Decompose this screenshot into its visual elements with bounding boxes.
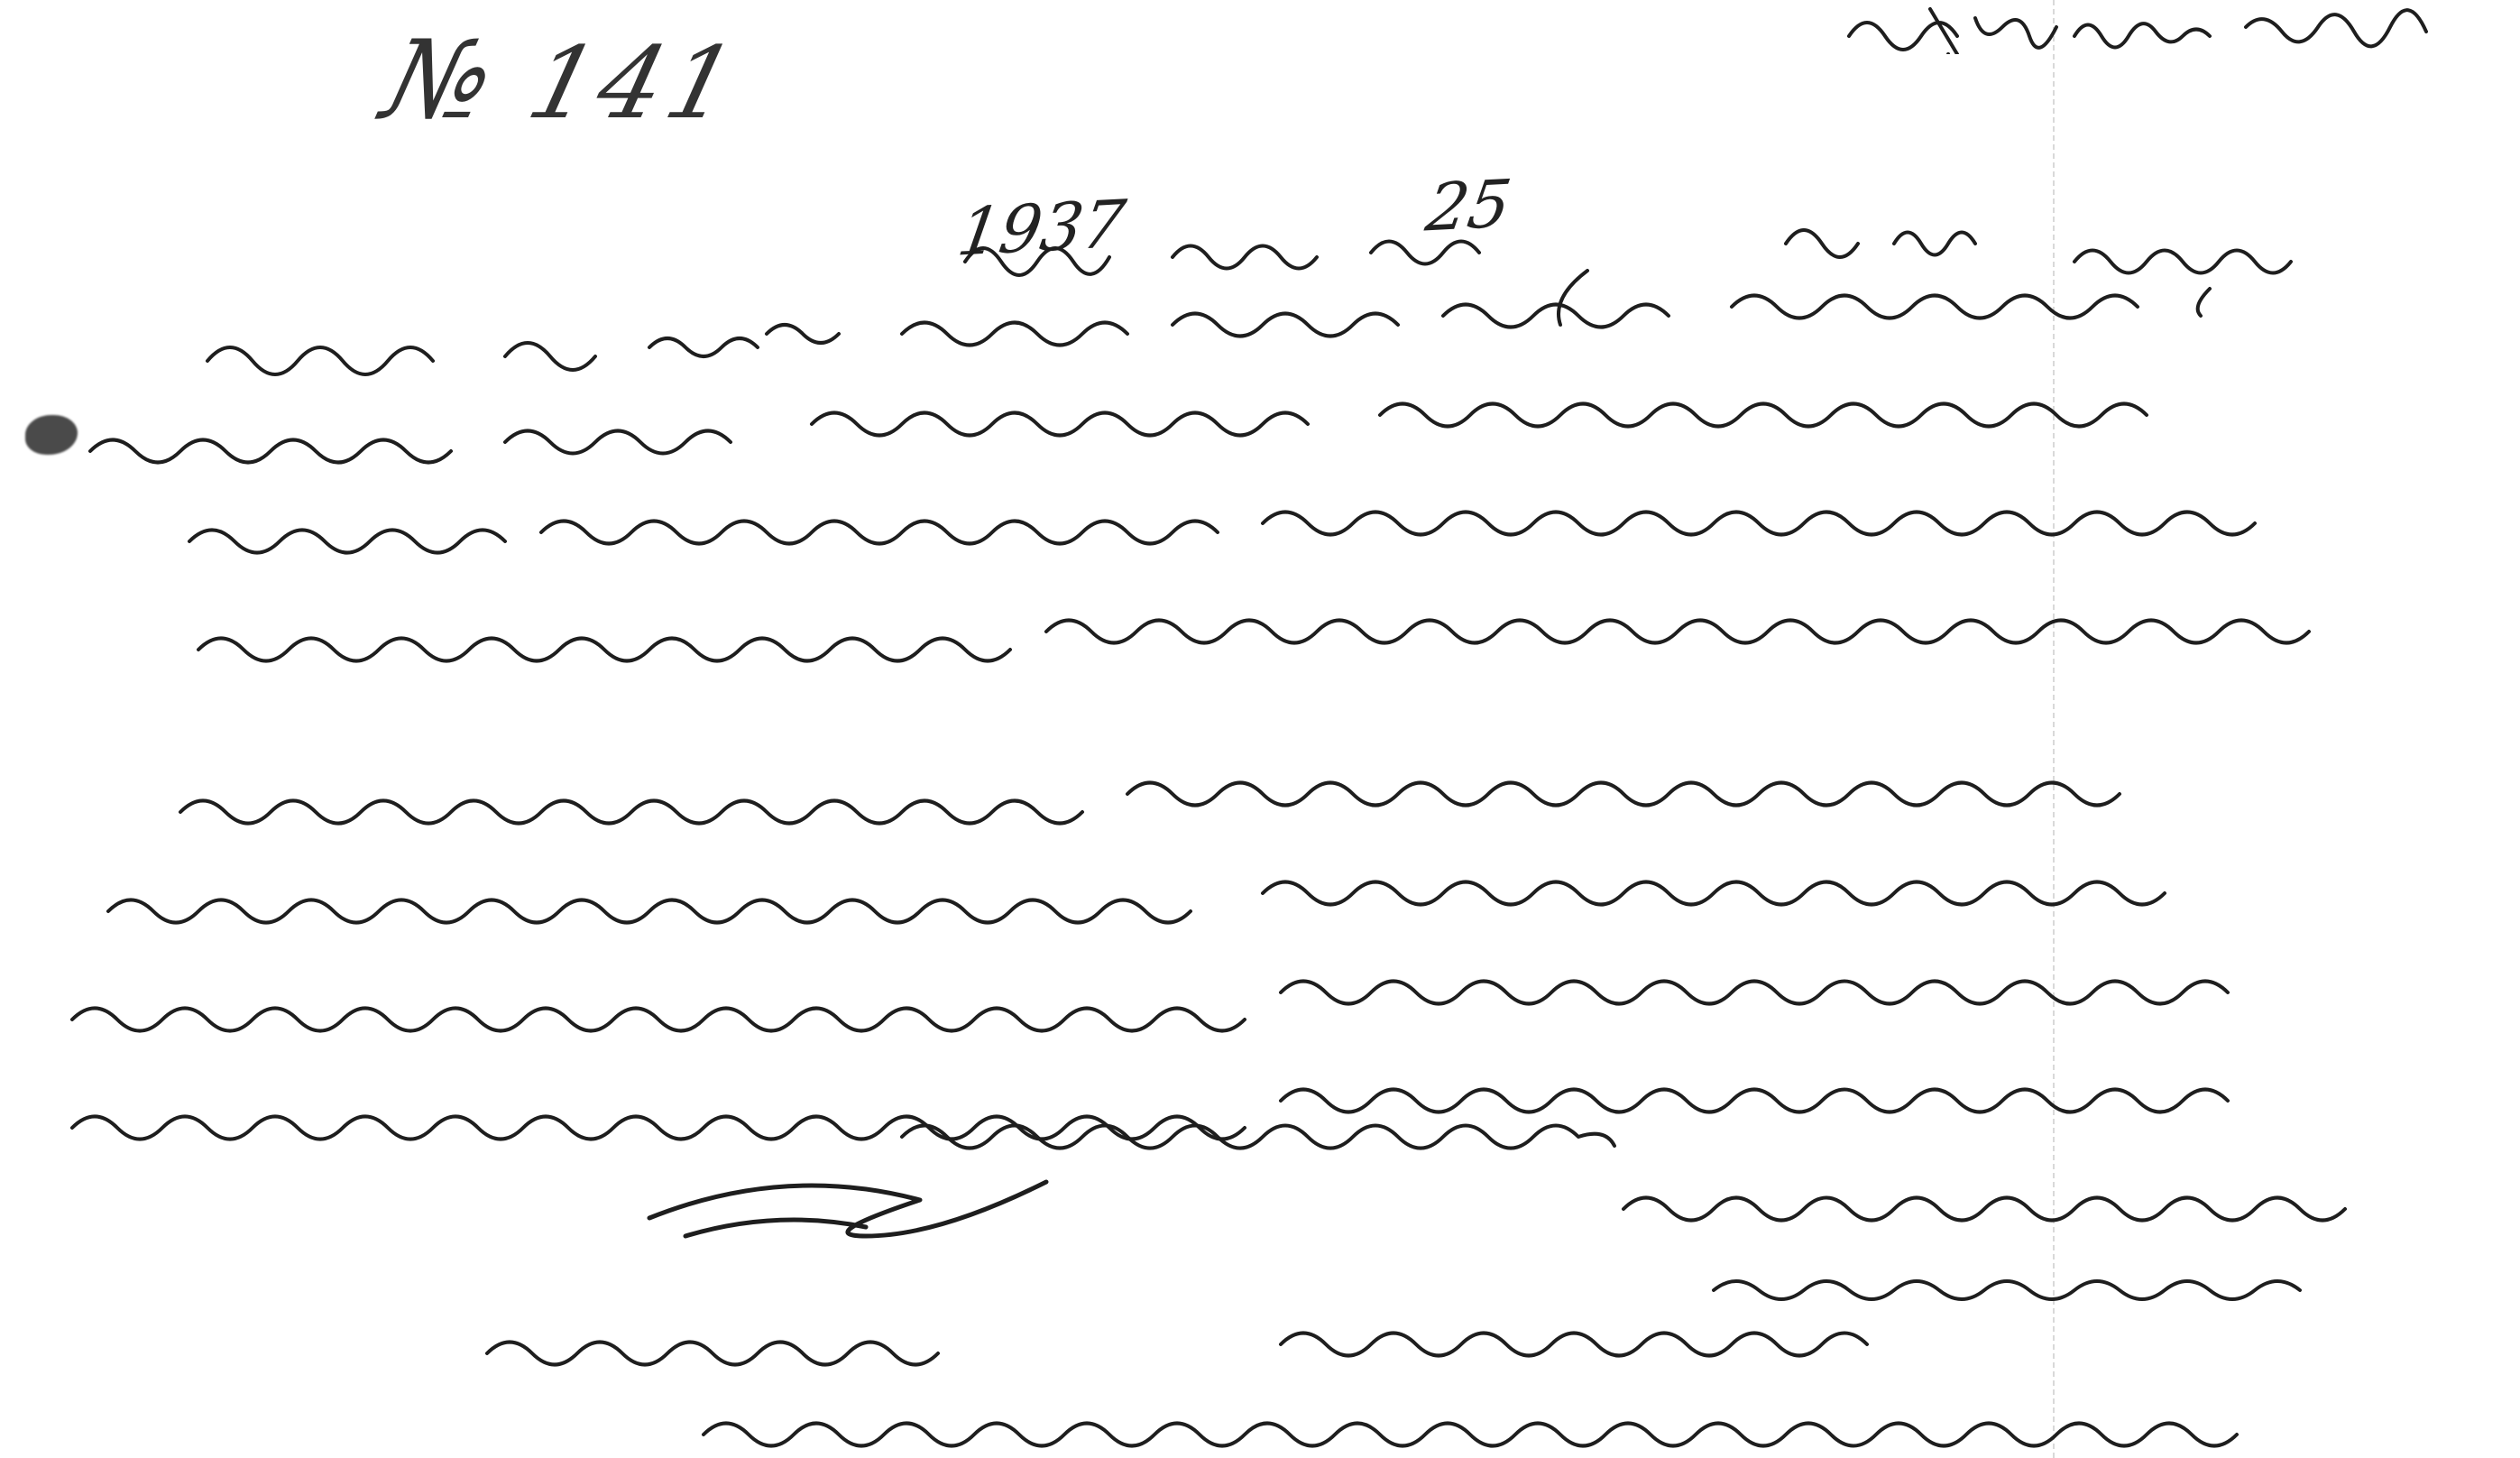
signature <box>631 1101 1669 1254</box>
letter-page: № 141 1937 25 <box>0 0 2520 1458</box>
